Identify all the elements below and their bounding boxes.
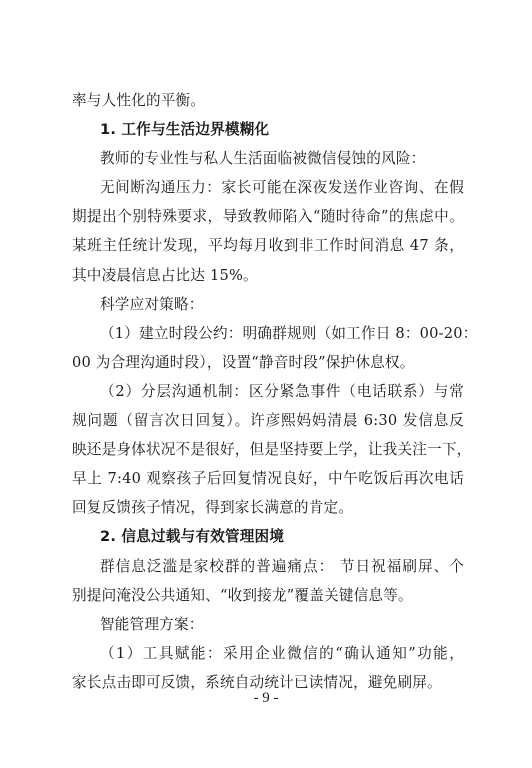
paragraph-line: 别提问淹没公共通知、“收到接龙”覆盖关键信息等。 [72, 581, 464, 610]
paragraph-line: 映还是身体状况不是很好，但是坚持要上学，让我关注一下， [72, 435, 464, 464]
paragraph-line: 规问题（留言次日回复）。许彦熙妈妈清晨 6:30 发信息反 [72, 406, 464, 435]
paragraph-line: 早上 7:40 观察孩子后回复情况良好，中午吃饭后再次电话 [72, 464, 464, 493]
paragraph-line: 00 为合理沟通时段），设置“静音时段”保护休息权。 [72, 348, 464, 377]
section-heading: 2. 信息过载与有效管理困境 [72, 522, 464, 551]
paragraph-line: （1）工具赋能：采用企业微信的“确认通知”功能， [72, 639, 464, 668]
paragraph-line: 某班主任统计发现，平均每月收到非工作时间消息 47 条， [72, 231, 464, 260]
paragraph-line: （2）分层沟通机制：区分紧急事件（电话联系）与常 [72, 377, 464, 406]
paragraph-line: 率与人性化的平衡。 [72, 86, 464, 115]
section-heading: 1. 工作与生活边界模糊化 [72, 115, 464, 144]
document-body: 率与人性化的平衡。 1. 工作与生活边界模糊化 教师的专业性与私人生活面临被微信… [72, 86, 464, 697]
paragraph-line: 教师的专业性与私人生活面临被微信侵蚀的风险： [72, 144, 464, 173]
paragraph-line: 无间断沟通压力：家长可能在深夜发送作业咨询、在假 [72, 173, 464, 202]
page-number: - 9 - [0, 690, 532, 707]
paragraph-line: （1）建立时段公约：明确群规则（如工作日 8：00-20： [72, 319, 464, 348]
paragraph-line: 回复反馈孩子情况，得到家长满意的肯定。 [72, 493, 464, 522]
paragraph-line: 期提出个别特殊要求，导致教师陷入“随时待命”的焦虑中。 [72, 202, 464, 231]
paragraph-line: 科学应对策略： [72, 290, 464, 319]
paragraph-line: 智能管理方案： [72, 610, 464, 639]
paragraph-line: 群信息泛滥是家校群的普遍痛点： 节日祝福刷屏、个 [72, 552, 464, 581]
paragraph-line: 其中凌晨信息占比达 15%。 [72, 261, 464, 290]
